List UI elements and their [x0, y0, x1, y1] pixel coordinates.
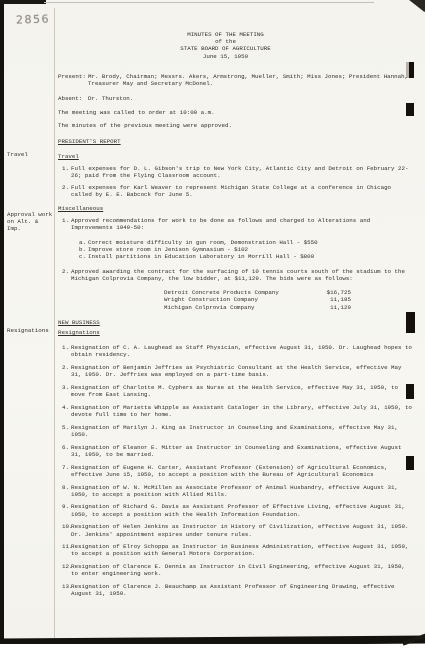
item-text: Resignation of Elroy Schoppa as Instruct… [71, 543, 412, 557]
previous-minutes-line: The minutes of the previous meeting were… [58, 122, 412, 129]
absent-label: Absent: [58, 95, 88, 102]
item-number: 2. [62, 268, 71, 282]
item-text: Full expenses for D. L. Gibson's trip to… [71, 165, 412, 179]
bid-row: Detroit Concrete Products Company $16,72… [164, 289, 412, 296]
resignation-item: 4. Resignation of Marietta Whipple as As… [62, 404, 412, 418]
bid-company: Wright Construction Company [164, 296, 306, 303]
document-body: MINUTES OF THE MEETING of the STATE BOAR… [58, 12, 412, 597]
bid-row: Wright Construction Company 11,185 [164, 296, 412, 303]
item-number: 1. [62, 217, 71, 231]
presidents-report-heading: PRESIDENT'S REPORT [58, 138, 412, 145]
travel-heading: Travel [58, 153, 412, 160]
resignation-item: 7. Resignation of Eugene H. Carter, Assi… [62, 464, 412, 478]
bid-company: Michigan Colprovia Company [164, 304, 306, 311]
item-number: 10. [62, 523, 71, 537]
resignations-list: 1. Resignation of C. A. Laughead as Staf… [58, 344, 412, 597]
item-number: 7. [62, 464, 71, 478]
bid-amount: 11,185 [306, 296, 351, 303]
item-text: Correct moisture difficulty in gun room,… [88, 239, 412, 246]
title-line-4: June 15, 1950 [58, 53, 393, 60]
bid-amount: $16,725 [306, 289, 351, 296]
item-number: 2. [62, 364, 71, 378]
travel-item: 1. Full expenses for D. L. Gibson's trip… [62, 165, 412, 179]
item-number: 11. [62, 543, 71, 557]
margin-note-approval: Approval work on Alt. & Imp. [7, 211, 55, 233]
bid-amount: 11,129 [306, 304, 351, 311]
present-paragraph: Present: Mr. Brody, Chairman; Messrs. Ak… [58, 73, 412, 87]
scan-edge-top-left [0, 0, 46, 4]
present-text: Mr. Brody, Chairman; Messrs. Akers, Arms… [88, 73, 412, 87]
margin-rule-line [54, 8, 55, 641]
resignation-item: 3. Resignation of Charlotte M. Cyphers a… [62, 384, 412, 398]
item-number: 1. [62, 165, 71, 179]
item-number: 13. [62, 583, 71, 597]
travel-item: 2. Full expenses for Karl Weaver to repr… [62, 184, 412, 198]
item-number: 4. [62, 404, 71, 418]
item-number: 8. [62, 484, 71, 498]
item-number: 6. [62, 444, 71, 458]
margin-note-approval-line1: Approval work [7, 211, 55, 218]
item-text: Approved recommendations for work to be … [71, 217, 412, 231]
alterations-sublist: a. Correct moisture difficulty in gun ro… [62, 239, 412, 261]
bid-row: Michigan Colprovia Company 11,129 [164, 304, 412, 311]
resignation-item: 13. Resignation of Clarence J. Beauchamp… [62, 583, 412, 597]
sublist-item: c. Install partitions in Education Labor… [79, 253, 412, 260]
scan-edge-left [0, 0, 4, 644]
item-number: 3. [62, 384, 71, 398]
absent-paragraph: Absent: Dr. Thurston. [58, 95, 412, 102]
item-letter: c. [79, 253, 88, 260]
margin-note-resignations: Resignations [7, 327, 55, 334]
resignation-item: 10. Resignation of Helen Jenkins as Inst… [62, 523, 412, 537]
resignation-item: 11. Resignation of Elroy Schoppa as Inst… [62, 543, 412, 557]
resignation-item: 1. Resignation of C. A. Laughead as Staf… [62, 344, 412, 358]
item-number: 9. [62, 503, 71, 517]
item-text: Resignation of C. A. Laughead as Staff P… [71, 344, 412, 358]
margin-note-approval-line3: Imp. [7, 225, 55, 232]
bid-table: Detroit Concrete Products Company $16,72… [164, 289, 412, 311]
new-business-heading: NEW BUSINESS [58, 319, 412, 326]
item-number: 2. [62, 184, 71, 198]
scan-background-below [0, 644, 425, 650]
item-text: Approved awarding the contract for the s… [71, 268, 412, 282]
item-text: Resignation of Richard G. Davis as Assis… [71, 503, 412, 517]
miscellaneous-item: 1. Approved recommendations for work to … [62, 217, 412, 231]
item-text: Resignation of Marietta Whipple as Assis… [71, 404, 412, 418]
sublist-item: a. Correct moisture difficulty in gun ro… [79, 239, 412, 246]
margin-note-travel: Travel [7, 151, 55, 158]
miscellaneous-item: 2. Approved awarding the contract for th… [62, 268, 412, 282]
title-line-1: MINUTES OF THE MEETING [58, 31, 393, 38]
sublist-item: b. Improve store room in Jenison Gymnasi… [79, 246, 412, 253]
item-text: Resignation of Clarence J. Beauchamp as … [71, 583, 412, 597]
resignation-item: 12. Resignation of Clarence E. Dennis as… [62, 563, 412, 577]
item-letter: a. [79, 239, 88, 246]
resignation-item: 5. Resignation of Marilyn J. King as Ins… [62, 424, 412, 438]
title-line-2: of the [58, 38, 393, 45]
travel-list: 1. Full expenses for D. L. Gibson's trip… [58, 165, 412, 198]
page-number-stamp: 2856 [16, 12, 50, 26]
item-text: Resignation of Benjamin Jeffries as Psyc… [71, 364, 412, 378]
absent-text: Dr. Thurston. [88, 95, 412, 102]
miscellaneous-list: 1. Approved recommendations for work to … [58, 217, 412, 311]
item-text: Resignation of Marilyn J. King as Instru… [71, 424, 412, 438]
resignation-item: 9. Resignation of Richard G. Davis as As… [62, 503, 412, 517]
called-to-order-line: The meeting was called to order at 10:00… [58, 109, 412, 116]
item-number: 5. [62, 424, 71, 438]
present-label: Present: [58, 73, 88, 87]
margin-note-approval-line2: on Alt. & [7, 218, 55, 225]
item-text: Improve store room in Jenison Gymnasium … [88, 246, 412, 253]
item-text: Install partitions in Education Laborato… [88, 253, 412, 260]
resignation-item: 2. Resignation of Benjamin Jeffries as P… [62, 364, 412, 378]
bid-company: Detroit Concrete Products Company [164, 289, 306, 296]
resignation-item: 6. Resignation of Eleanor E. Mitter as I… [62, 444, 412, 458]
item-text: Resignation of Charlotte M. Cyphers as N… [71, 384, 412, 398]
item-text: Resignation of Eleanor E. Mitter as Inst… [71, 444, 412, 458]
item-number: 12. [62, 563, 71, 577]
item-text: Resignation of Clarence E. Dennis as Ins… [71, 563, 412, 577]
title-line-3: STATE BOARD OF AGRICULTURE [58, 45, 393, 52]
miscellaneous-heading: Miscellaneous [58, 205, 412, 212]
resignations-heading: Resignations [58, 329, 412, 336]
resignation-item: 8. Resignation of W. N. McMillen as Asso… [62, 484, 412, 498]
item-text: Full expenses for Karl Weaver to represe… [71, 184, 412, 198]
item-letter: b. [79, 246, 88, 253]
document-title: MINUTES OF THE MEETING of the STATE BOAR… [58, 31, 393, 60]
item-text: Resignation of W. N. McMillen as Associa… [71, 484, 412, 498]
scan-edge-top-line [44, 2, 374, 3]
item-text: Resignation of Helen Jenkins as Instruct… [71, 523, 412, 537]
item-number: 1. [62, 344, 71, 358]
item-text: Resignation of Eugene H. Carter, Assista… [71, 464, 412, 478]
